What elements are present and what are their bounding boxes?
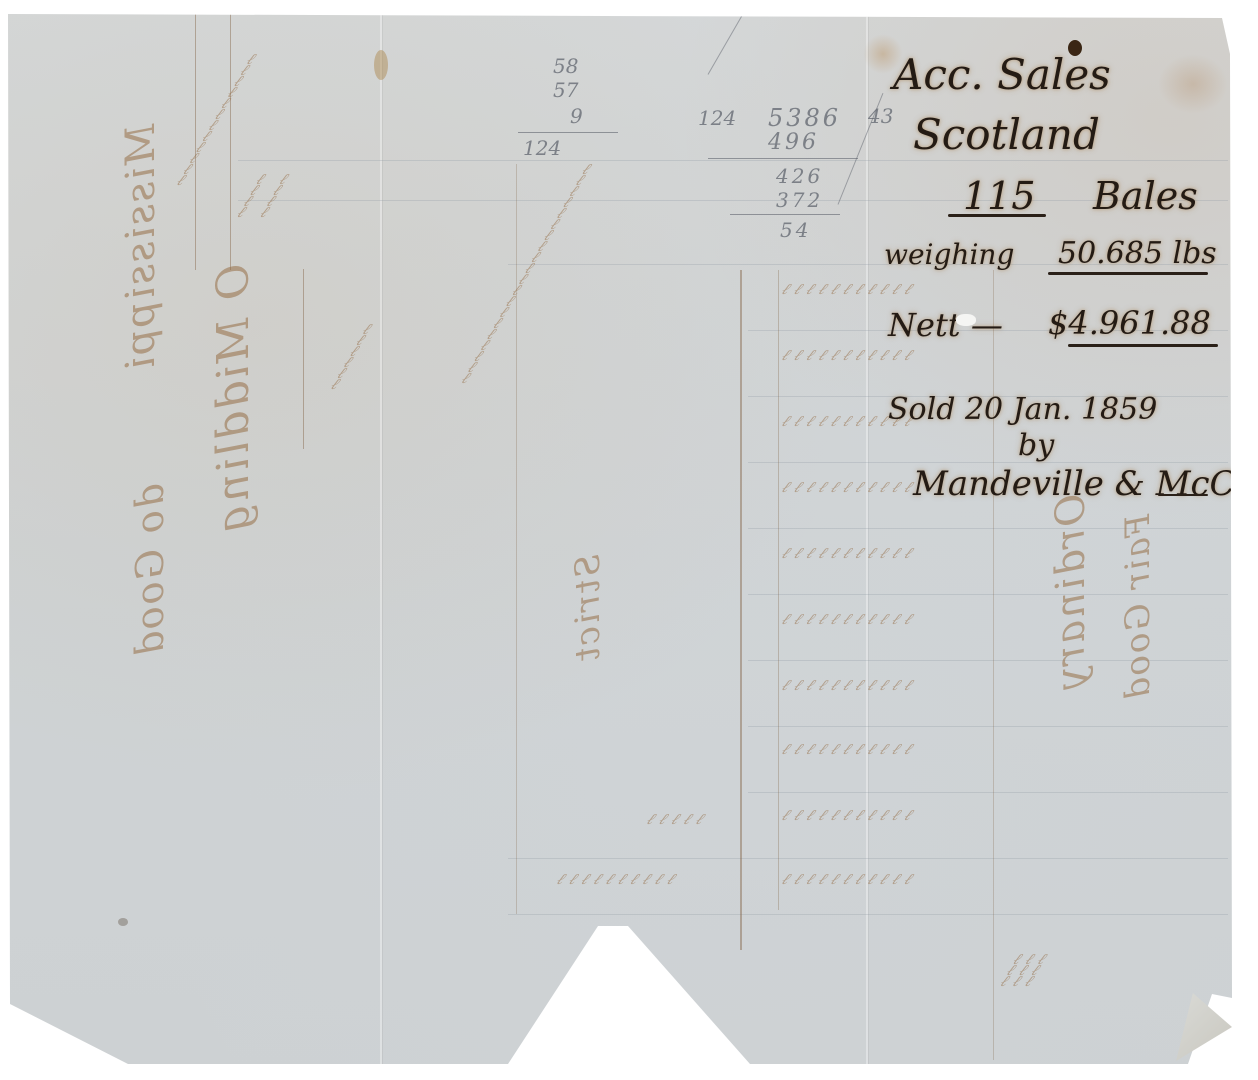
pencil-addend: 58 (553, 54, 578, 78)
stain (374, 50, 388, 80)
ledger-rule (748, 726, 1228, 727)
ledger-rule (748, 462, 1228, 463)
bleed-through-script: O Middling (208, 264, 259, 534)
bleed-through-script: Fair Good (1118, 514, 1158, 701)
ledger-column-line (303, 269, 304, 449)
underline (948, 214, 1046, 217)
ledger-row: ℓℓℓℓℓℓℓℓℓℓℓ (780, 680, 921, 691)
annotation-seller: Mandeville & McC (913, 464, 1236, 504)
ledger-column-line (516, 164, 517, 914)
document-page: Mississippi O Middling do Good Strict Or… (8, 14, 1232, 1064)
paper-hole (956, 314, 976, 326)
pencil-total: 124 (523, 136, 561, 160)
pencil-partial: 496 (768, 130, 819, 155)
pencil-dividend: 5386 (768, 104, 841, 132)
annotation-title: Acc. Sales (893, 50, 1111, 99)
bleed-through-script: Strict (568, 554, 608, 663)
ink-blot (1068, 40, 1082, 56)
stain (118, 918, 128, 926)
underline (1158, 494, 1208, 496)
bleed-through-figures: ℓ ℓ ℓ ℓ ℓ ℓ ℓ ℓ (235, 174, 296, 218)
pencil-division-line (708, 158, 858, 159)
ledger-row: ℓℓℓℓℓℓℓℓℓℓℓ (780, 548, 921, 559)
ledger-row: ℓℓℓℓℓℓℓℓℓℓℓ (780, 482, 921, 493)
ledger-row: ℓℓℓℓℓℓℓℓℓℓℓ (780, 350, 921, 361)
underline (1048, 272, 1208, 275)
ledger-rule (238, 200, 1228, 201)
annotation-by-label: by (1018, 428, 1054, 463)
ledger-column-line (993, 270, 994, 1060)
stain (1158, 54, 1228, 114)
annotation-sold-date: Sold 20 Jan. 1859 (888, 392, 1157, 427)
ledger-column-line (195, 14, 196, 270)
ledger-rule (508, 858, 1228, 859)
ledger-rule (508, 914, 1228, 915)
pencil-divisor: 124 (698, 106, 736, 130)
pencil-division-line (730, 214, 840, 215)
pencil-stroke (838, 93, 884, 205)
bleed-through-script: Mississippi (118, 124, 164, 371)
pencil-stroke (708, 0, 774, 75)
pencil-sum-line (518, 132, 618, 133)
annotation-bales-count: 115 (963, 174, 1036, 218)
ledger-row: ℓℓℓℓℓ (645, 814, 713, 825)
ledger-column-line (778, 270, 779, 910)
ledger-row: ℓℓℓℓℓℓℓℓℓℓ (555, 874, 684, 885)
annotation-weight-value: 50.685 lbs (1058, 236, 1217, 271)
ledger-row: ℓℓℓℓℓℓℓℓℓℓℓ (780, 744, 921, 755)
annotation-bales-label: Bales (1093, 174, 1198, 218)
pencil-addend: 9 (570, 104, 583, 128)
fold-line (866, 14, 868, 1064)
pencil-remainder: 426 (776, 164, 823, 188)
ledger-row: ℓℓℓ ℓℓℓ ℓℓℓ (998, 954, 1054, 987)
ledger-rule (238, 160, 1228, 161)
bleed-through-figures: ℓ ℓ ℓ ℓ ℓ ℓ ℓ ℓ ℓ ℓ ℓ ℓ ℓ ℓ ℓ ℓ ℓ ℓ ℓ ℓ (459, 164, 598, 384)
annotation-nett-label: Nett — (888, 306, 1003, 344)
annotation-ship-name: Scotland (913, 110, 1100, 159)
bleed-through-figures: ℓ ℓ ℓ ℓ ℓ ℓ ℓ ℓ ℓ ℓ ℓ ℓ (175, 54, 263, 186)
ledger-row: ℓℓℓℓℓℓℓℓℓℓℓ (780, 874, 921, 885)
ledger-row: ℓℓℓℓℓℓℓℓℓℓℓ (780, 614, 921, 625)
underline (1068, 344, 1218, 347)
bleed-through-script: do Good (128, 484, 172, 658)
ledger-row: ℓℓℓℓℓℓℓℓℓℓℓ (780, 810, 921, 821)
bleed-through-figures: ℓ ℓ ℓ ℓ ℓ ℓ (329, 324, 379, 390)
bleed-through-script: Ordinary (1048, 494, 1094, 692)
ledger-rule (748, 792, 1228, 793)
ledger-column-line (740, 270, 742, 950)
pencil-quotient: 43 (868, 104, 893, 128)
annotation-weighing-label: weighing (884, 238, 1014, 271)
pencil-addend: 57 (553, 78, 578, 102)
annotation-nett-value: $4.961.88 (1048, 304, 1211, 342)
ledger-column-line (230, 14, 231, 270)
ledger-row: ℓℓℓℓℓℓℓℓℓℓℓ (780, 284, 921, 295)
pencil-remainder: 54 (780, 218, 811, 242)
fold-line (380, 14, 382, 1064)
pencil-partial: 372 (776, 188, 823, 212)
